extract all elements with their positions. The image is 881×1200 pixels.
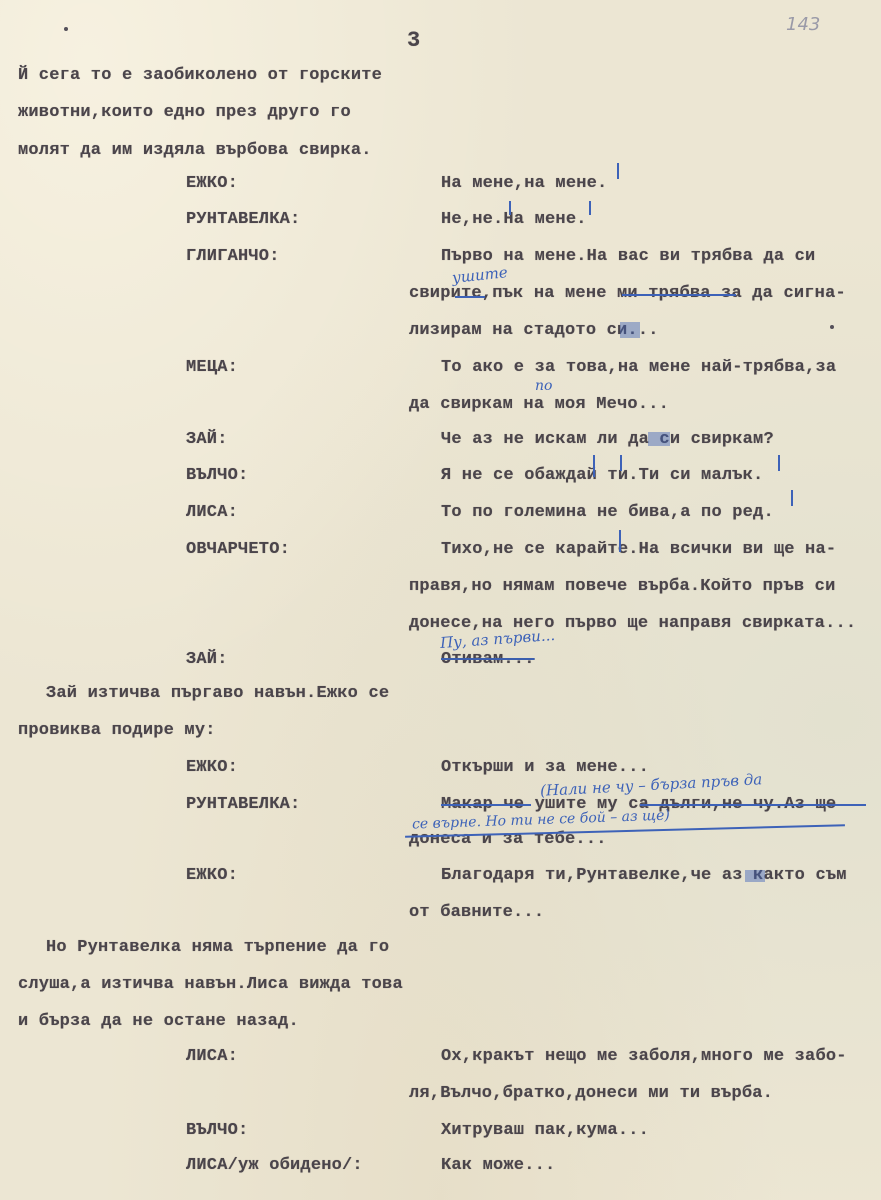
handwritten-insert: по (535, 378, 552, 394)
pen-exclamation-mark (791, 490, 793, 506)
speaker-label: РУНТАВЕЛКА: (186, 210, 300, 229)
paragraph-line: Й сега то е заобиколено от горските (18, 66, 382, 85)
speaker-label: РУНТАВЕЛКА: (186, 795, 300, 814)
dialogue-line: То ако е за това,на мене най-трябва,за (441, 358, 836, 377)
dialogue-line: Ох,кракът нещо ме заболя,много ме забо- (441, 1047, 847, 1066)
dialogue-line: ля,Вълчо,братко,донеси ми ти върба. (409, 1084, 773, 1103)
speaker-label: ЗАЙ: (186, 430, 228, 449)
pen-strikethrough (640, 804, 866, 806)
dialogue-line: Хитруваш пак,кума... (441, 1121, 649, 1140)
paragraph-line: Но Рунтавелка няма търпение да го (46, 938, 389, 957)
pen-exclamation-mark (509, 201, 511, 215)
speaker-label: ЛИСА/уж обидено/: (186, 1156, 363, 1175)
pen-exclamation-mark (617, 163, 619, 179)
dialogue-line: Как може... (441, 1156, 555, 1175)
pen-scribble (620, 322, 640, 338)
pen-scribble (648, 432, 670, 446)
dialogue-line: Не,не.На мене. (441, 210, 587, 229)
pen-exclamation-mark (593, 455, 595, 477)
speaker-label: МЕЦА: (186, 358, 238, 377)
pen-strikethrough (455, 296, 485, 298)
speaker-label: ЕЖКО: (186, 866, 238, 885)
dialogue-line: Откърши и за мене... (441, 758, 649, 777)
pen-scribble (745, 870, 765, 882)
dialogue-line: На мене,на мене. (441, 174, 607, 193)
paragraph-line: и бърза да не остане назад. (18, 1012, 299, 1031)
pen-exclamation-mark (589, 201, 591, 215)
dialogue-line: Че аз не искам ли да си свиркам? (441, 430, 774, 449)
pen-strikethrough (622, 294, 736, 296)
pen-exclamation-mark (620, 455, 622, 471)
page-number: 3 (407, 28, 420, 53)
dialogue-line: Я не се обаждай ти.Ти си малък. (441, 466, 763, 485)
speaker-label: ЕЖКО: (186, 174, 238, 193)
speaker-label: ВЪЛЧО: (186, 466, 248, 485)
pen-strikethrough (441, 804, 531, 806)
dialogue-line: Благодаря ти,Рунтавелке,че аз както съм (441, 866, 847, 885)
dialogue-line: донесе,на него първо ще направя свирката… (409, 614, 856, 633)
speaker-label: ЕЖКО: (186, 758, 238, 777)
pen-exclamation-mark (619, 530, 621, 552)
speaker-label: ВЪЛЧО: (186, 1121, 248, 1140)
paragraph-line: молят да им издяла върбова свирка. (18, 141, 372, 160)
archive-number: 143 (786, 14, 820, 35)
dialogue-line: правя,но нямам повече върба.Който пръв с… (409, 577, 835, 596)
pen-exclamation-mark (778, 455, 780, 471)
paragraph-line: слуша,а изтичва навън.Лиса вижда това (18, 975, 403, 994)
paragraph-line: Зай изтичва пъргаво навън.Ежко се (46, 684, 389, 703)
speaker-label: ГЛИГАНЧО: (186, 247, 280, 266)
dialogue-line: Отивам... (441, 650, 535, 669)
dialogue-line: от бавните... (409, 903, 544, 922)
ink-speck (64, 27, 68, 31)
document-page: 3 143 Й сега то е заобиколено от горскит… (0, 0, 881, 1200)
ink-speck (830, 325, 834, 329)
dialogue-line: Тихо,не се карайте.На всички ви ще на- (441, 540, 836, 559)
speaker-label: ЗАЙ: (186, 650, 228, 669)
dialogue-line: да свиркам на моя Мечо... (409, 395, 669, 414)
paragraph-line: провиква подире му: (18, 721, 216, 740)
dialogue-line: То по големина не бива,а по ред. (441, 503, 774, 522)
speaker-label: ОВЧАРЧЕТО: (186, 540, 290, 559)
speaker-label: ЛИСА: (186, 503, 238, 522)
speaker-label: ЛИСА: (186, 1047, 238, 1066)
paragraph-line: животни,които едно през друго го (18, 103, 351, 122)
